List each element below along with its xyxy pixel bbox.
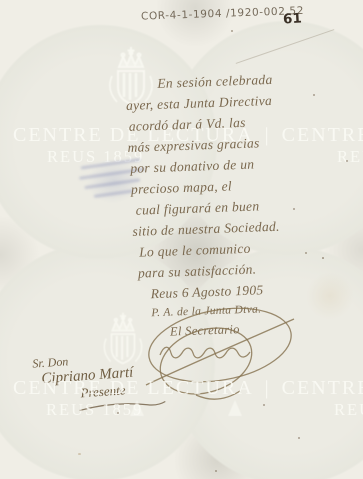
foxing-speck [305, 252, 307, 254]
foxing-speck [78, 453, 81, 455]
letter-body: En sesión celebrada ayer, esta Junta Dir… [125, 69, 284, 343]
crest-spire-icon [130, 400, 144, 416]
foxing-speck [298, 437, 300, 439]
watermark-year-fragment: REU [334, 400, 363, 420]
watermark-band-bottom: CENTRE DE LECTURA | CENTRE D [13, 377, 363, 400]
foxing-speck [346, 160, 348, 162]
centre-lectura-crest-icon [96, 312, 150, 374]
watermark-year: REUS 1859 [46, 400, 143, 420]
foxing-speck [231, 30, 233, 32]
foxing-speck [322, 257, 324, 259]
watermark-year-fragment: REU [337, 147, 363, 167]
archive-code: COR-4-1-1904 /1920-002,52 [141, 5, 291, 22]
watermark-name: CENTRE DE LECTURA [13, 377, 254, 400]
folio-number: 61 [283, 11, 303, 28]
watermark-separator: | [265, 377, 271, 400]
watermark-name-fragment: CENTRE D [282, 124, 363, 147]
watermark-name-fragment: CENTRE D [282, 377, 363, 400]
signature-scribble [160, 347, 250, 358]
crest-spire-icon [228, 400, 242, 416]
scanned-letter-page: COR-4-1-1904 /1920-002,52 61 CENTRE DE L… [0, 0, 363, 479]
paper-crease [236, 29, 335, 64]
foxing-speck [313, 94, 315, 96]
foxing-speck [215, 470, 217, 472]
foxing-speck [117, 412, 119, 414]
foxing-speck [263, 404, 265, 406]
foxing-speck [293, 208, 295, 210]
